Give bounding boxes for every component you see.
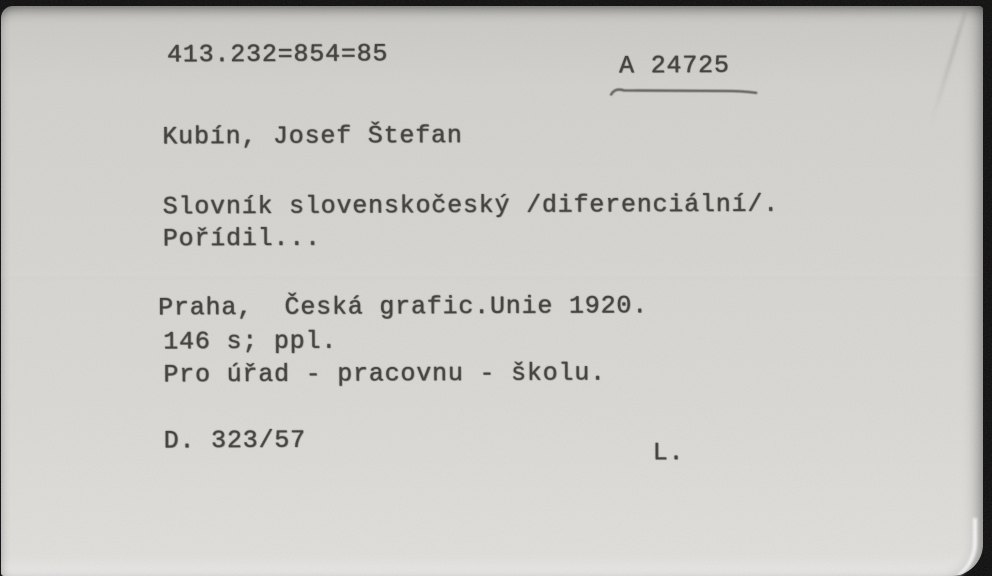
typewritten-content: 413.232=854=85 A 24725 Kubín, Josef Štef… [0, 0, 992, 576]
record-number: D. 323/57 [164, 427, 306, 455]
imprint-line: Praha, Česká grafic.Unie 1920. [158, 292, 648, 322]
author-heading: Kubín, Josef Štefan [162, 122, 462, 151]
cataloguer-initial: L. [653, 439, 685, 467]
title-line: Slovník slovenskočeský /diferenciální/. [163, 191, 779, 221]
classification-number: 413.232=854=85 [167, 40, 388, 68]
collation-line: 146 s; ppl. [163, 328, 337, 356]
accession-underline [608, 83, 766, 100]
note-line: Pro úřad - pracovnu - školu. [163, 360, 606, 389]
accession-number: A 24725 [619, 52, 730, 80]
scan-background: 413.232=854=85 A 24725 Kubín, Josef Štef… [0, 0, 992, 576]
statement-of-responsibility: Pořídil... [163, 225, 321, 253]
